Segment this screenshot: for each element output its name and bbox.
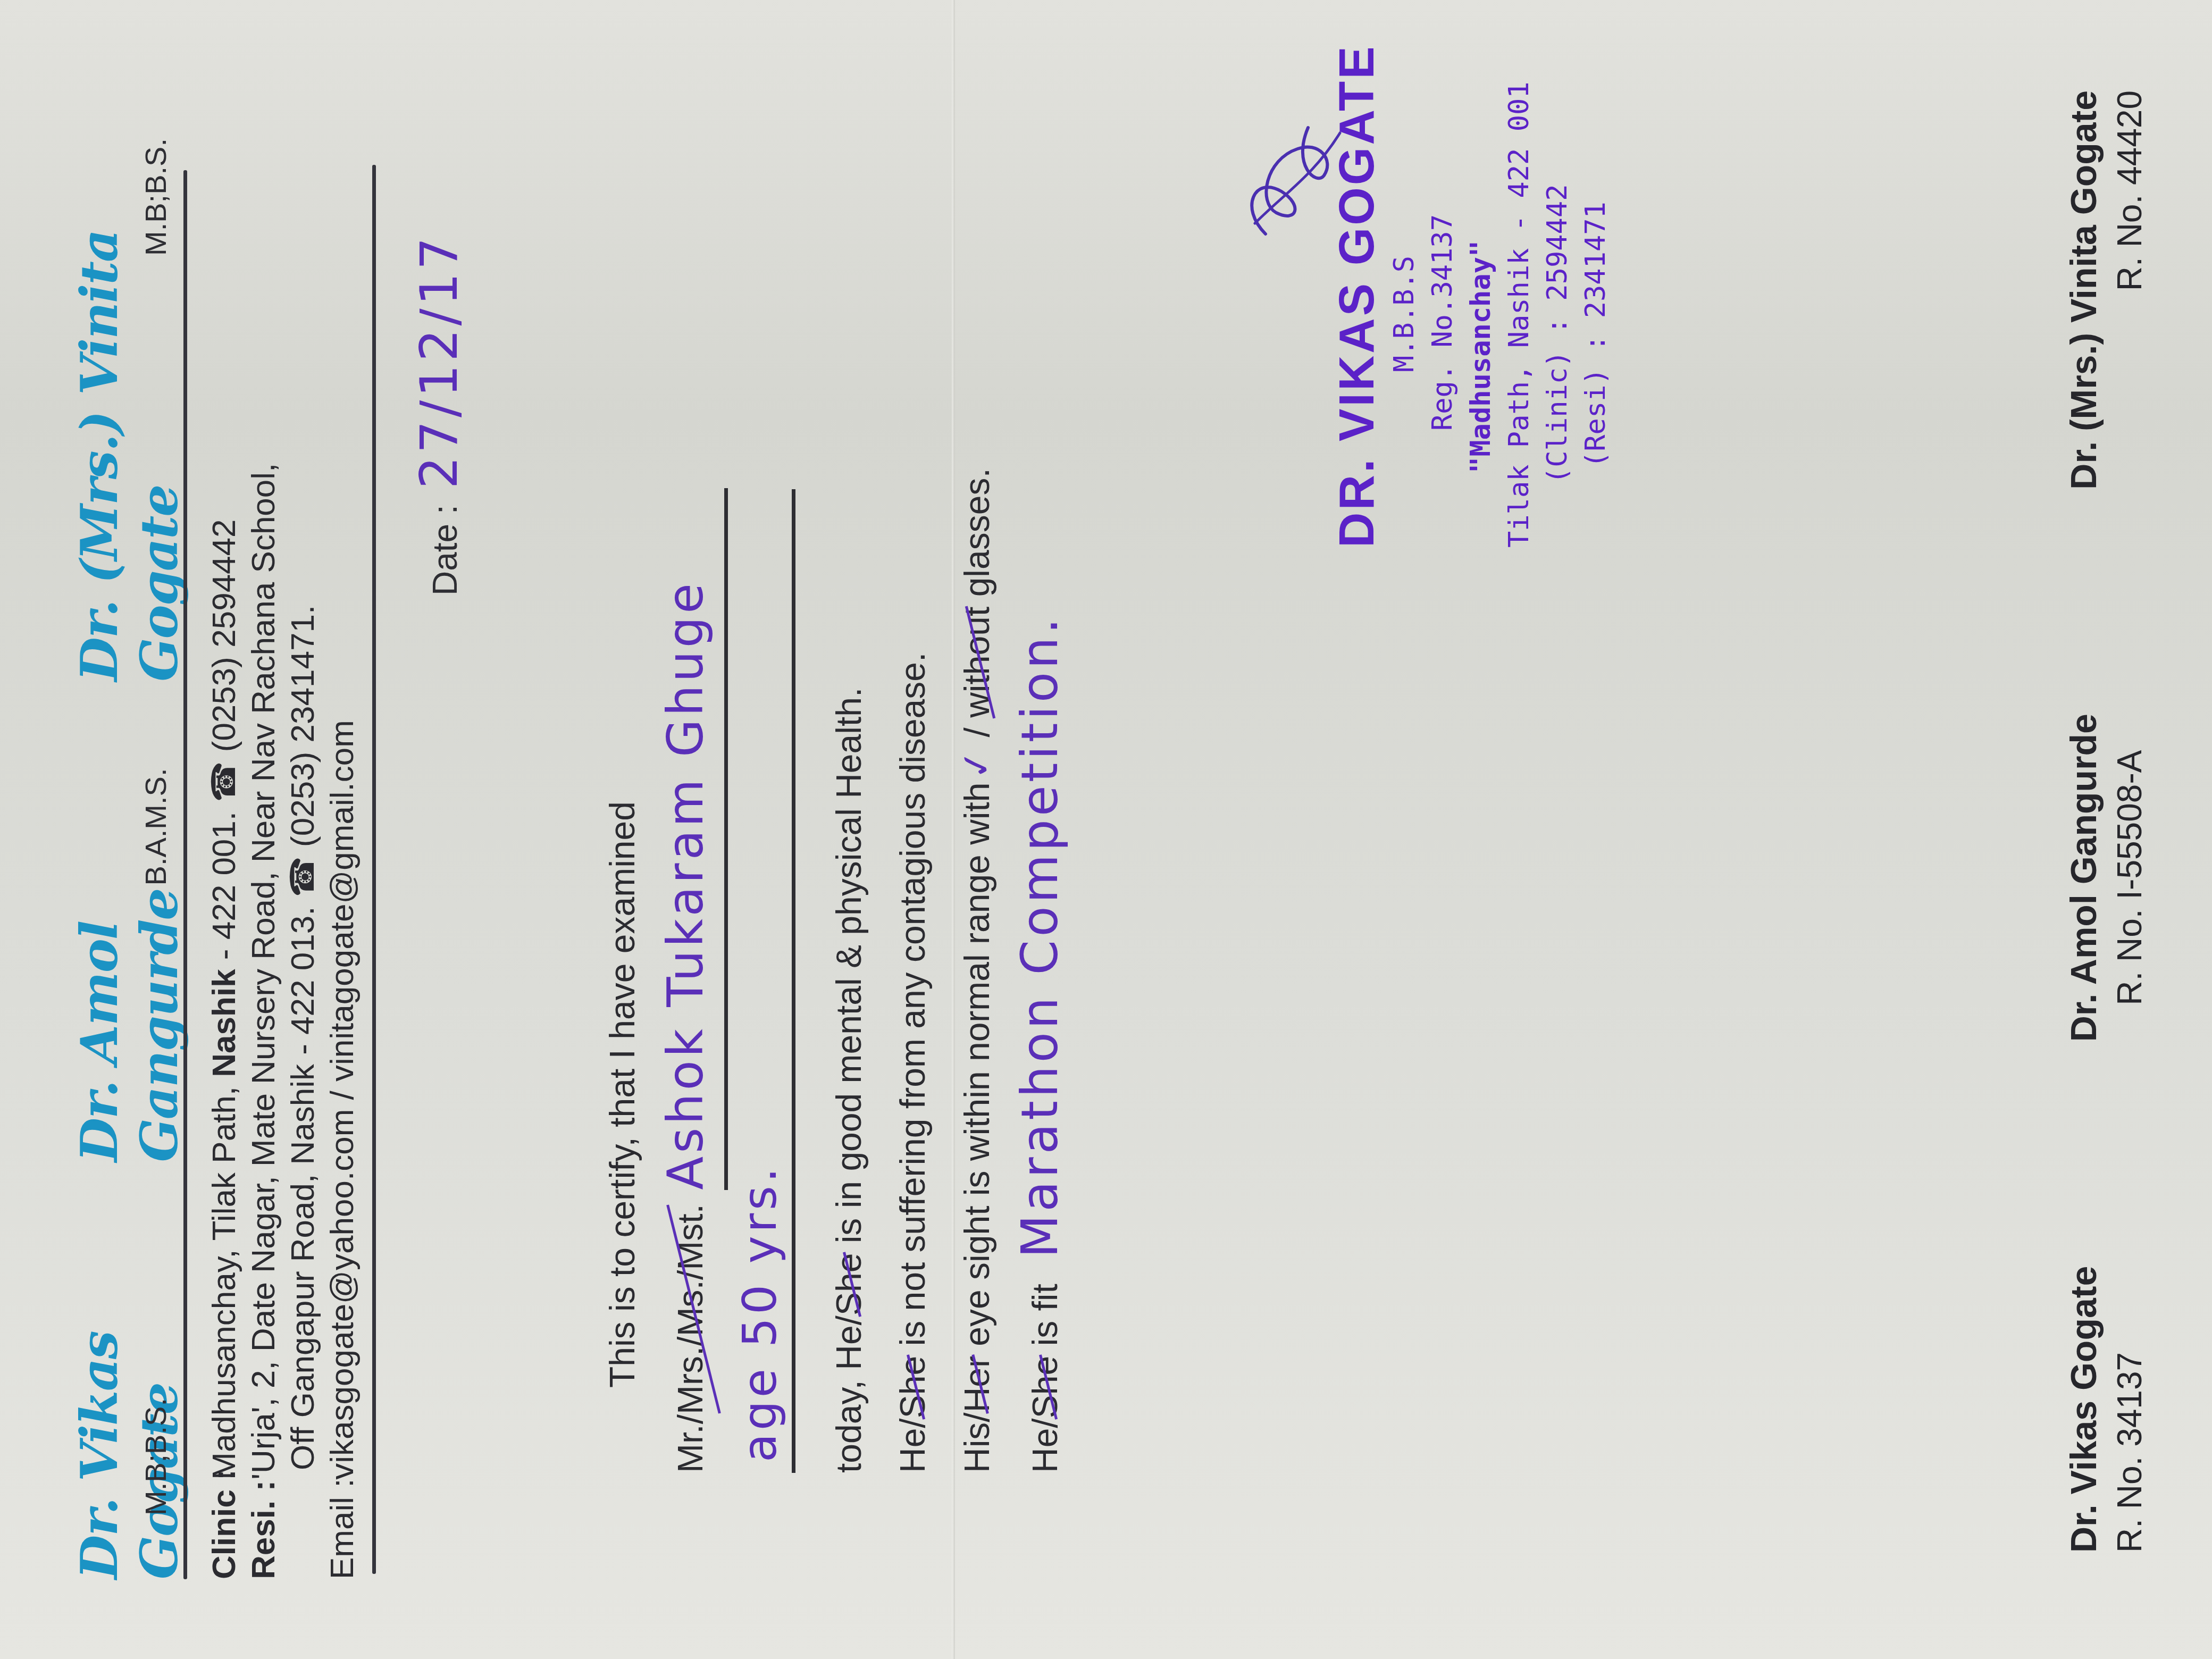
- disease-pre: He/: [893, 1418, 932, 1473]
- stamp-place: "Madhusanchay": [1462, 44, 1500, 473]
- stamp-address: Tilak Path, Nashik - 422 001: [1500, 44, 1538, 548]
- date-field: Date : 27/12/17: [409, 234, 469, 596]
- fit-struck: She: [1025, 1356, 1065, 1418]
- eye-mid: eye sight is within normal range with: [957, 782, 996, 1356]
- clinic-text: Madhusanchay, Tilak Path,: [206, 1077, 242, 1480]
- email-addresses: vikasgogate@yahoo.com / vinitagogate@gma…: [324, 720, 361, 1480]
- fit-post: is fit: [1025, 1284, 1065, 1356]
- clinic-city: Nashik: [206, 969, 242, 1077]
- stamp-reg: Reg. No.34137: [1423, 44, 1462, 441]
- footer-doctors: Dr. Vikas Gogate R. No. 34137 Dr. Amol G…: [2063, 90, 2149, 1553]
- patient-name-field: Ashok Tukaram Ghuge: [654, 488, 728, 1190]
- disease-statement: He/She is not suffering from any contagi…: [881, 468, 944, 1473]
- patient-name: Ashok Tukaram Ghuge: [657, 580, 714, 1190]
- patient-age: age 50 yrs.: [728, 1164, 792, 1462]
- date-label: Date :: [425, 505, 465, 596]
- health-post: is in good mental & physical Health.: [829, 688, 868, 1253]
- eyesight-statement: His/Her eye sight is within normal range…: [944, 468, 1009, 1473]
- stamp-resi-phone: (Resi) : 2341471: [1577, 44, 1615, 468]
- residence-address: Resi. : 'Urja', 2, Date Nagar, Mate Nurs…: [244, 463, 283, 1579]
- fitness-statement: He/She is fit Marathon Competition.: [1009, 468, 1077, 1473]
- medical-certificate-page: Dr. Vikas Gogate Dr. Amol Gangurde Dr. (…: [0, 0, 2212, 1659]
- resi-sep: :: [245, 1480, 282, 1492]
- qualification-1: M.B;B.S.: [138, 1398, 173, 1515]
- stamp-clinic-phone: (Clinic) : 2594442: [1538, 44, 1577, 484]
- email-sep: :: [324, 1479, 361, 1488]
- clinic-phone: - 422 001. ☎ (0253) 2594442: [206, 519, 242, 969]
- stamp-name: DR. VIKAS GOGATE: [1329, 44, 1385, 548]
- title-struck: Mrs./Ms./Mst.: [671, 1204, 710, 1414]
- resi-label: Resi.: [245, 1501, 282, 1579]
- doctor-rubber-stamp: DR. VIKAS GOGATE M.B.B.S Reg. No.34137 "…: [1329, 44, 1615, 441]
- eye-sep: /: [957, 718, 996, 747]
- checkmark-icon: ✓: [942, 744, 1010, 786]
- footer-doctor-2-reg: R. No. I-55508-A: [2110, 750, 2149, 1006]
- health-struck: She: [829, 1253, 868, 1316]
- certificate-body: This is to certify, that I have examined…: [590, 468, 1077, 1473]
- disease-struck: She: [893, 1356, 932, 1418]
- footer-doctor-2-name: Dr. Amol Gangurde: [2063, 714, 2105, 1042]
- patient-name-line: Mr./Mrs./Ms./Mst. Ashok Tukaram Ghuge: [654, 468, 728, 1473]
- eye-without-struck: without: [957, 607, 996, 718]
- address-block: Clinic : Madhusanchay, Tilak Path, Nashi…: [205, 463, 362, 1579]
- fit-pre: He/: [1025, 1418, 1065, 1473]
- footer-doctor-3: Dr. (Mrs.) Vinita Gogate R. No. 44420: [2063, 90, 2149, 490]
- health-statement: today, He/She is in good mental & physic…: [817, 468, 881, 1473]
- eye-post: glasses.: [957, 468, 996, 606]
- email-label: Email: [324, 1497, 361, 1579]
- footer-doctor-3-name: Dr. (Mrs.) Vinita Gogate: [2063, 90, 2105, 490]
- health-pre: today, He/: [829, 1316, 868, 1473]
- footer-doctor-1-name: Dr. Vikas Gogate: [2063, 1266, 2105, 1553]
- clinic-address: Clinic : Madhusanchay, Tilak Path, Nashi…: [205, 463, 244, 1579]
- resi-line-1: 'Urja', 2, Date Nagar, Mate Nursery Road…: [245, 463, 282, 1480]
- disease-post: is not suffering from any contagious dis…: [893, 652, 932, 1356]
- stamp-degree: M.B.B.S: [1385, 44, 1423, 441]
- qualification-2: B.A.M.S.: [138, 768, 173, 886]
- footer-doctor-1: Dr. Vikas Gogate R. No. 34137: [2063, 1266, 2149, 1553]
- header-divider-bottom: [372, 165, 376, 1574]
- email-row: Email : vikasgogate@yahoo.com / vinitago…: [323, 463, 362, 1579]
- header-divider-top: [183, 170, 187, 1579]
- footer-doctor-1-reg: R. No. 34137: [2110, 1352, 2149, 1553]
- patient-age-field: age 50 yrs.: [728, 489, 795, 1473]
- fit-for-event: Marathon Competition.: [1011, 615, 1069, 1258]
- date-value: 27/12/17: [409, 234, 469, 489]
- clinic-label: Clinic: [206, 1489, 242, 1579]
- qualification-3: M.B;B.S.: [138, 138, 173, 256]
- title-prefix: Mr./: [671, 1414, 710, 1473]
- eye-pre: His/: [957, 1412, 996, 1473]
- certificate-intro: This is to certify, that I have examined: [590, 468, 654, 1473]
- footer-doctor-3-reg: R. No. 44420: [2110, 90, 2149, 291]
- footer-doctor-2: Dr. Amol Gangurde R. No. I-55508-A: [2063, 714, 2149, 1042]
- resi-line-2: Off Gangapur Road, Nashik - 422 013. ☎ (…: [283, 463, 323, 1579]
- letterhead-qualifications: M.B;B.S. B.A.M.S. M.B;B.S.: [138, 80, 173, 1579]
- eye-struck: Her: [957, 1356, 996, 1412]
